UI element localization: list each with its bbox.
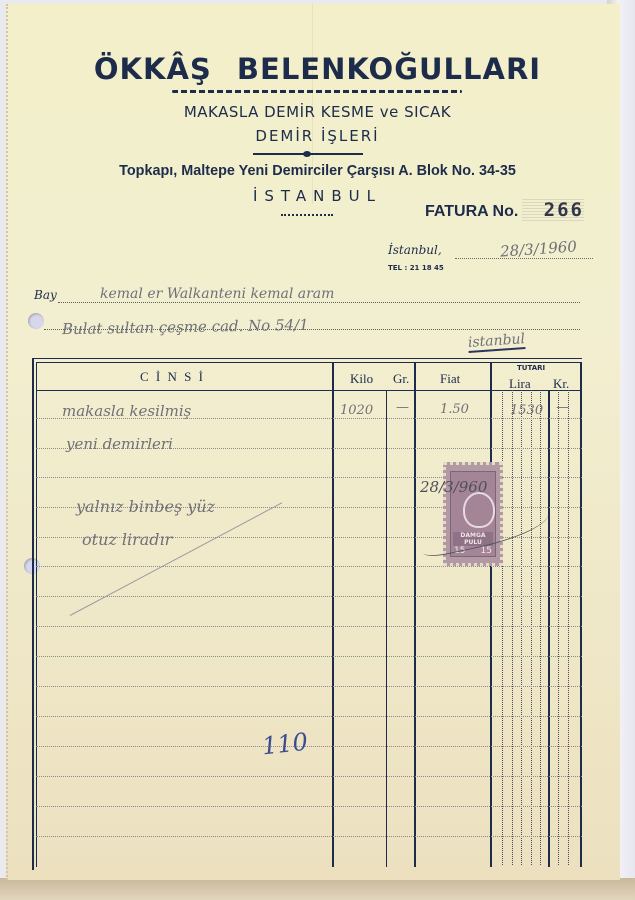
blue-ink-note: 110 — [261, 728, 309, 761]
punch-hole — [28, 313, 44, 329]
telephone: TEL : 21 18 45 — [388, 264, 444, 272]
customer-name: kemal er Walkanteni kemal aram — [100, 286, 334, 302]
table-top-border — [32, 358, 582, 359]
ornament-divider-small — [253, 153, 363, 155]
customer-line-1 — [58, 302, 580, 303]
table-right-border — [580, 362, 582, 867]
row-1-description: makasla kesilmiş — [62, 402, 191, 420]
header-fiat: Fiat — [440, 371, 460, 387]
company-address: Topkapı, Maltepe Yeni Demirciler Çarşısı… — [13, 162, 623, 179]
place-label: İstanbul, — [388, 243, 442, 257]
stamp-cancel-date: 28/3/960 — [420, 478, 487, 496]
row-line — [36, 686, 582, 687]
header-lira: Lira — [509, 376, 531, 392]
row-line — [36, 566, 582, 567]
header-kilo: Kilo — [350, 371, 373, 387]
row-line — [36, 626, 582, 627]
bay-label: Bay — [34, 288, 57, 302]
table-top-border-inner — [36, 362, 582, 363]
background-bottom — [0, 878, 635, 900]
header-gr: Gr. — [393, 371, 409, 387]
stamp-value-right: 15 — [481, 546, 492, 556]
row-line — [36, 746, 582, 747]
amount-in-words-1: yalnız binbeş yüz — [76, 497, 215, 516]
row-1-lira: 1530 — [510, 403, 543, 418]
company-name: ÖKKÂŞ BELENKOĞULLARI — [0, 52, 635, 86]
row-1-gr: — — [396, 400, 409, 415]
invoice-number: 266 — [522, 199, 584, 221]
lira-digit-guide — [512, 390, 513, 865]
row-1-kilo: 1020 — [340, 403, 373, 418]
table-left-inner — [36, 362, 37, 867]
row-line — [36, 836, 582, 837]
ornament-divider — [172, 90, 462, 93]
row-line — [36, 596, 582, 597]
row-line — [36, 806, 582, 807]
row-2-description: yeni demirleri — [66, 435, 173, 453]
col-divider-gr-fiat — [414, 362, 416, 867]
invoice-number-label: FATURA No. — [425, 203, 518, 221]
row-line — [36, 776, 582, 777]
header-kr: Kr. — [553, 376, 569, 392]
header-cinsi: C İ N S İ — [140, 369, 205, 385]
col-divider-lira-kr — [548, 390, 550, 867]
table-header-line — [36, 390, 582, 391]
col-divider-kilo-gr — [386, 390, 387, 867]
col-divider-fiat-tutar — [490, 362, 492, 867]
row-line — [36, 716, 582, 717]
lira-digit-guide — [540, 390, 541, 865]
row-line — [36, 656, 582, 657]
amount-in-words-2: otuz liradır — [82, 530, 172, 549]
kr-digit-guide — [558, 390, 559, 865]
kr-digit-guide — [568, 390, 569, 865]
row-1-kr: — — [556, 400, 569, 415]
row-1-fiat: 1.50 — [440, 402, 469, 417]
wave-ornament — [281, 210, 333, 216]
header-tutari: TUTARI — [517, 364, 545, 372]
business-line-1: MAKASLA DEMİR KESME ve SICAK — [0, 103, 635, 121]
lira-digit-guide — [531, 390, 532, 865]
col-divider-cinsi — [332, 362, 334, 867]
lira-digit-guide — [521, 390, 522, 865]
business-line-2: DEMİR İŞLERİ — [0, 127, 635, 145]
